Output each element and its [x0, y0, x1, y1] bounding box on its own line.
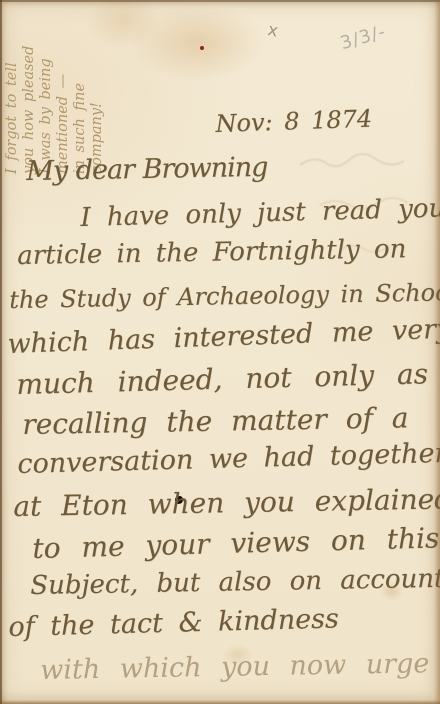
letter-line: with which you now urge: [40, 648, 430, 686]
margin-note: I forgot to tell you how pleased I was b…: [4, 4, 108, 174]
date-line: Nov: 8 1874: [215, 105, 373, 138]
margin-note-line: I forgot to tell: [4, 4, 21, 174]
letter-line: to me your views on this: [32, 521, 440, 565]
letter-page: I forgot to tell you how pleased I was b…: [0, 0, 440, 704]
letter-line: conversation we had together: [17, 438, 440, 480]
pencil-price-mark: 3/3/-: [338, 21, 389, 54]
letter-line: I have only just read your: [80, 193, 440, 233]
margin-note-line: mentioned —: [55, 4, 72, 174]
letter-line: much indeed, not only as: [16, 357, 428, 401]
red-ink-dot: [200, 46, 204, 50]
scan-edge-right: [434, 0, 440, 704]
scan-edge-bottom: [0, 700, 440, 704]
margin-note-line: company!: [89, 4, 106, 174]
letter-line: Subject, but also on account: [30, 564, 440, 601]
letter-line: the Study of Archaeology in Schools,: [9, 278, 440, 314]
scan-edge-top: [0, 0, 440, 2]
letter-line: which has interested me very: [7, 314, 440, 360]
letter-line: at Eton when you explained: [13, 482, 440, 523]
margin-note-line: in such fine: [72, 4, 89, 174]
letter-line: of the tact & kindness: [8, 603, 339, 643]
letter-line: article in the Fortnightly on: [17, 234, 407, 271]
scan-edge-left: [0, 0, 2, 704]
pencil-cross-mark: x: [266, 20, 280, 42]
margin-note-line: I was by being: [38, 4, 55, 174]
salutation: My dear Browning: [26, 152, 268, 187]
letter-line: recalling the matter of a: [22, 401, 409, 441]
margin-note-line: you how pleased: [21, 4, 38, 174]
